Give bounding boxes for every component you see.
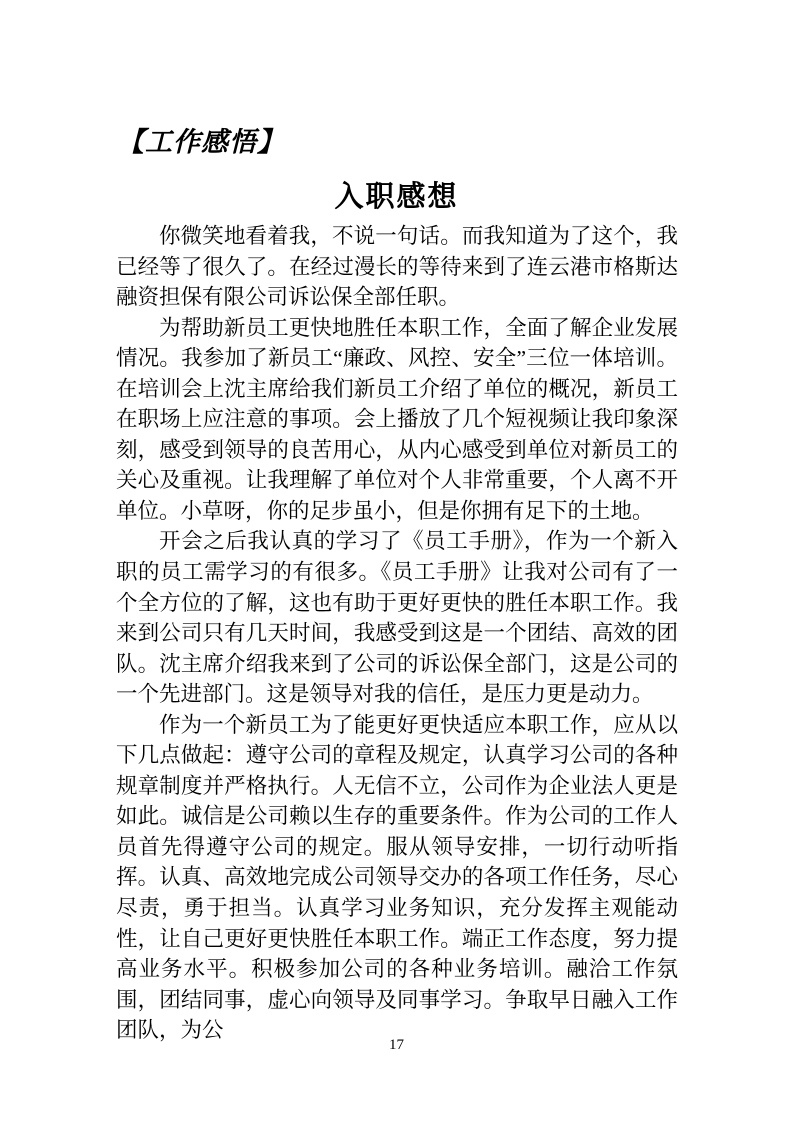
- document-page: 【工作感悟】 入职感想 你微笑地看着我，不说一句话。而我知道为了这个，我已经等了…: [0, 0, 793, 1122]
- body-paragraph: 为帮助新员工更快地胜任本职工作，全面了解企业发展情况。我参加了新员工“廉政、风控…: [116, 313, 678, 527]
- body-paragraph: 开会之后我认真的学习了《员工手册》，作为一个新入职的员工需学习的有很多。《员工手…: [116, 526, 678, 709]
- section-kicker: 【工作感悟】: [117, 120, 285, 159]
- body-paragraph: 你微笑地看着我，不说一句话。而我知道为了这个，我已经等了很久了。在经过漫长的等待…: [116, 221, 678, 313]
- page-title: 入职感想: [0, 174, 793, 215]
- page-number: 17: [0, 1037, 793, 1054]
- body-paragraph: 作为一个新员工为了能更好更快适应本职工作，应从以下几点做起：遵守公司的章程及规定…: [116, 710, 678, 1046]
- document-body: 你微笑地看着我，不说一句话。而我知道为了这个，我已经等了很久了。在经过漫长的等待…: [116, 221, 678, 1046]
